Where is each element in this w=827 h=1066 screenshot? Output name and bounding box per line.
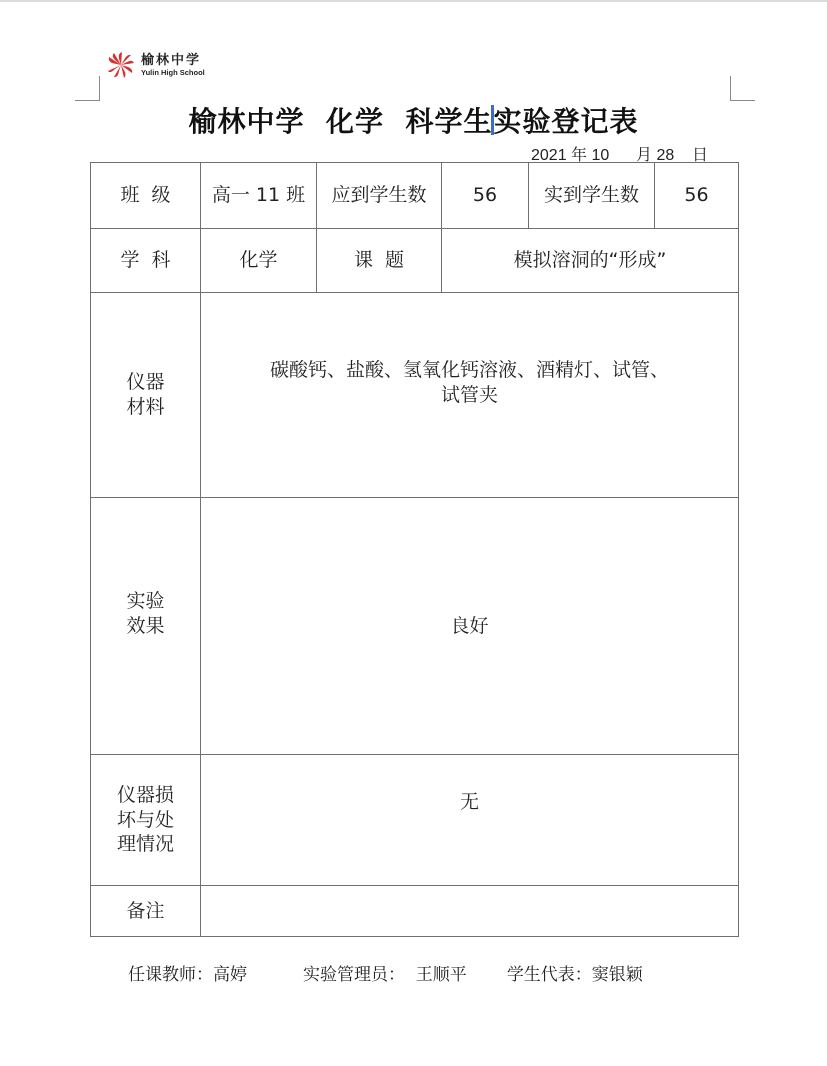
damage-label-line-1: 仪器损 (117, 784, 174, 806)
materials-label: 仪器材料 (91, 293, 201, 498)
remarks-label: 备注 (91, 886, 201, 937)
school-logo: 榆林中学 Yulin High School (106, 50, 205, 80)
topic-label: 课 题 (317, 229, 442, 293)
materials-label-line-2: 材料 (126, 396, 164, 418)
table-row-result: 实验效果 良好 (91, 498, 739, 755)
expected-students-value-cell[interactable]: 56 (442, 163, 529, 229)
subject-value-cell[interactable]: 化学 (201, 229, 317, 293)
materials-value-line-1: 碳酸钙、盐酸、氢氧化钙溶液、酒精灯、试管、 (270, 359, 669, 381)
table-row-remarks: 备注 (91, 886, 739, 937)
expected-students-label: 应到学生数 (317, 163, 442, 229)
result-label: 实验效果 (91, 498, 201, 755)
topic-value-cell[interactable]: 模拟溶洞的“形成” (442, 229, 739, 293)
damage-label-line-2: 坏与处 (117, 809, 174, 831)
top-edge-strip (0, 0, 827, 2)
student-representative-signature: 学生代表：窦银颖 (507, 960, 643, 985)
result-label-line-1: 实验 (126, 590, 164, 612)
document-title[interactable]: 榆林中学 化学 科学生实验登记表 (0, 100, 827, 140)
table-row-materials: 仪器材料 碳酸钙、盐酸、氢氧化钙溶液、酒精灯、试管、试管夹 (91, 293, 739, 498)
subject-label: 学 科 (91, 229, 201, 293)
table-row-subject: 学 科 化学 课 题 模拟溶洞的“形成” (91, 229, 739, 293)
title-part-1: 榆林中学 化学 科学生 (188, 105, 492, 138)
damage-value: 无 (201, 790, 738, 815)
title-part-2: 实验登记表 (493, 105, 638, 138)
margin-corner-mark-right (730, 76, 755, 101)
experiment-registration-table: 班 级 高一 11 班 应到学生数 56 实到学生数 56 学 科 化学 课 题… (90, 162, 739, 937)
table-row-class: 班 级 高一 11 班 应到学生数 56 实到学生数 56 (91, 163, 739, 229)
margin-corner-mark-left (75, 76, 100, 101)
materials-label-line-1: 仪器 (126, 371, 164, 393)
materials-value-cell[interactable]: 碳酸钙、盐酸、氢氧化钙溶液、酒精灯、试管、试管夹 (201, 293, 739, 498)
table-row-damage: 仪器损坏与处理情况 无 (91, 755, 739, 886)
actual-students-label: 实到学生数 (529, 163, 655, 229)
damage-label: 仪器损坏与处理情况 (91, 755, 201, 886)
materials-value-line-2: 试管夹 (441, 384, 498, 406)
class-label: 班 级 (91, 163, 201, 229)
damage-value-cell[interactable]: 无 (201, 755, 739, 886)
lab-manager-signature: 实验管理员： 王顺平 (303, 960, 467, 985)
result-value-cell[interactable]: 良好 (201, 498, 739, 755)
logo-name-cn: 榆林中学 (141, 54, 205, 67)
remarks-value-cell[interactable] (201, 886, 739, 937)
damage-label-line-3: 理情况 (117, 833, 174, 855)
actual-students-value-cell[interactable]: 56 (655, 163, 739, 229)
signature-line: 任课教师：高婷 实验管理员： 王顺平 学生代表：窦银颖 (128, 960, 643, 985)
logo-name-en: Yulin High School (141, 69, 205, 77)
teacher-signature: 任课教师：高婷 (128, 960, 247, 985)
result-label-line-2: 效果 (126, 615, 164, 637)
class-value-cell[interactable]: 高一 11 班 (201, 163, 317, 229)
yulin-logo-icon (106, 51, 136, 79)
